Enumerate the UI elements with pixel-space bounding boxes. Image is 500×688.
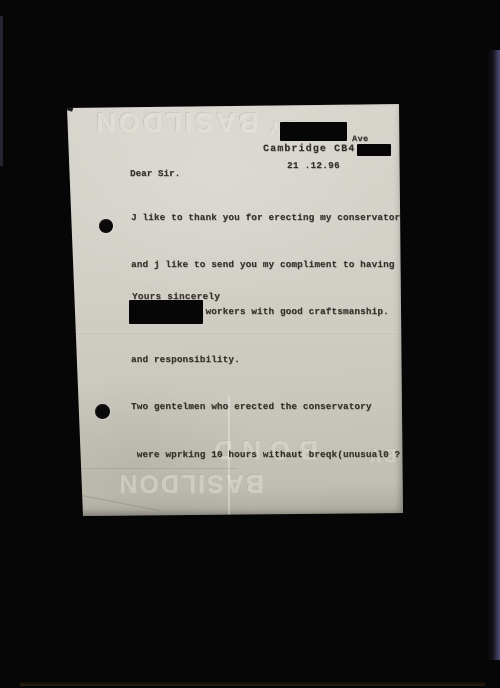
photo-edge-left	[0, 16, 3, 166]
body-line: J like to thank you for erecting my cons…	[131, 210, 411, 226]
address-city-line: Cambridge CB4	[263, 144, 355, 155]
body-line: Two gentelmen who erected the conservato…	[131, 399, 411, 415]
body-line: and responsibility.	[131, 352, 411, 368]
watermark-basildon-top: BASILDON	[93, 106, 258, 137]
letter-date: 21 .12.96	[287, 160, 340, 171]
photo-edge-bottom	[20, 681, 485, 686]
redaction-address-line	[280, 122, 347, 141]
address-suffix: Ave	[352, 134, 369, 144]
corner-speck	[66, 105, 73, 112]
body-line: and j like to send you my compliment to …	[131, 257, 411, 273]
hole-punch-top	[99, 219, 113, 233]
photo-edge-right	[487, 50, 500, 660]
body-line: were wprking 10 hours withaut breqk(unus…	[131, 447, 411, 463]
letter-paper: BASILDON BY BOND BASILDON BY Ave Cambrid…	[67, 104, 403, 516]
scanned-letter-photo: BASILDON BY BOND BASILDON BY Ave Cambrid…	[0, 0, 500, 688]
letter-body: J like to thank you for erecting my cons…	[131, 178, 411, 494]
hole-punch-bottom	[95, 404, 110, 419]
redaction-signature	[129, 300, 203, 324]
redaction-address-number	[357, 144, 391, 156]
